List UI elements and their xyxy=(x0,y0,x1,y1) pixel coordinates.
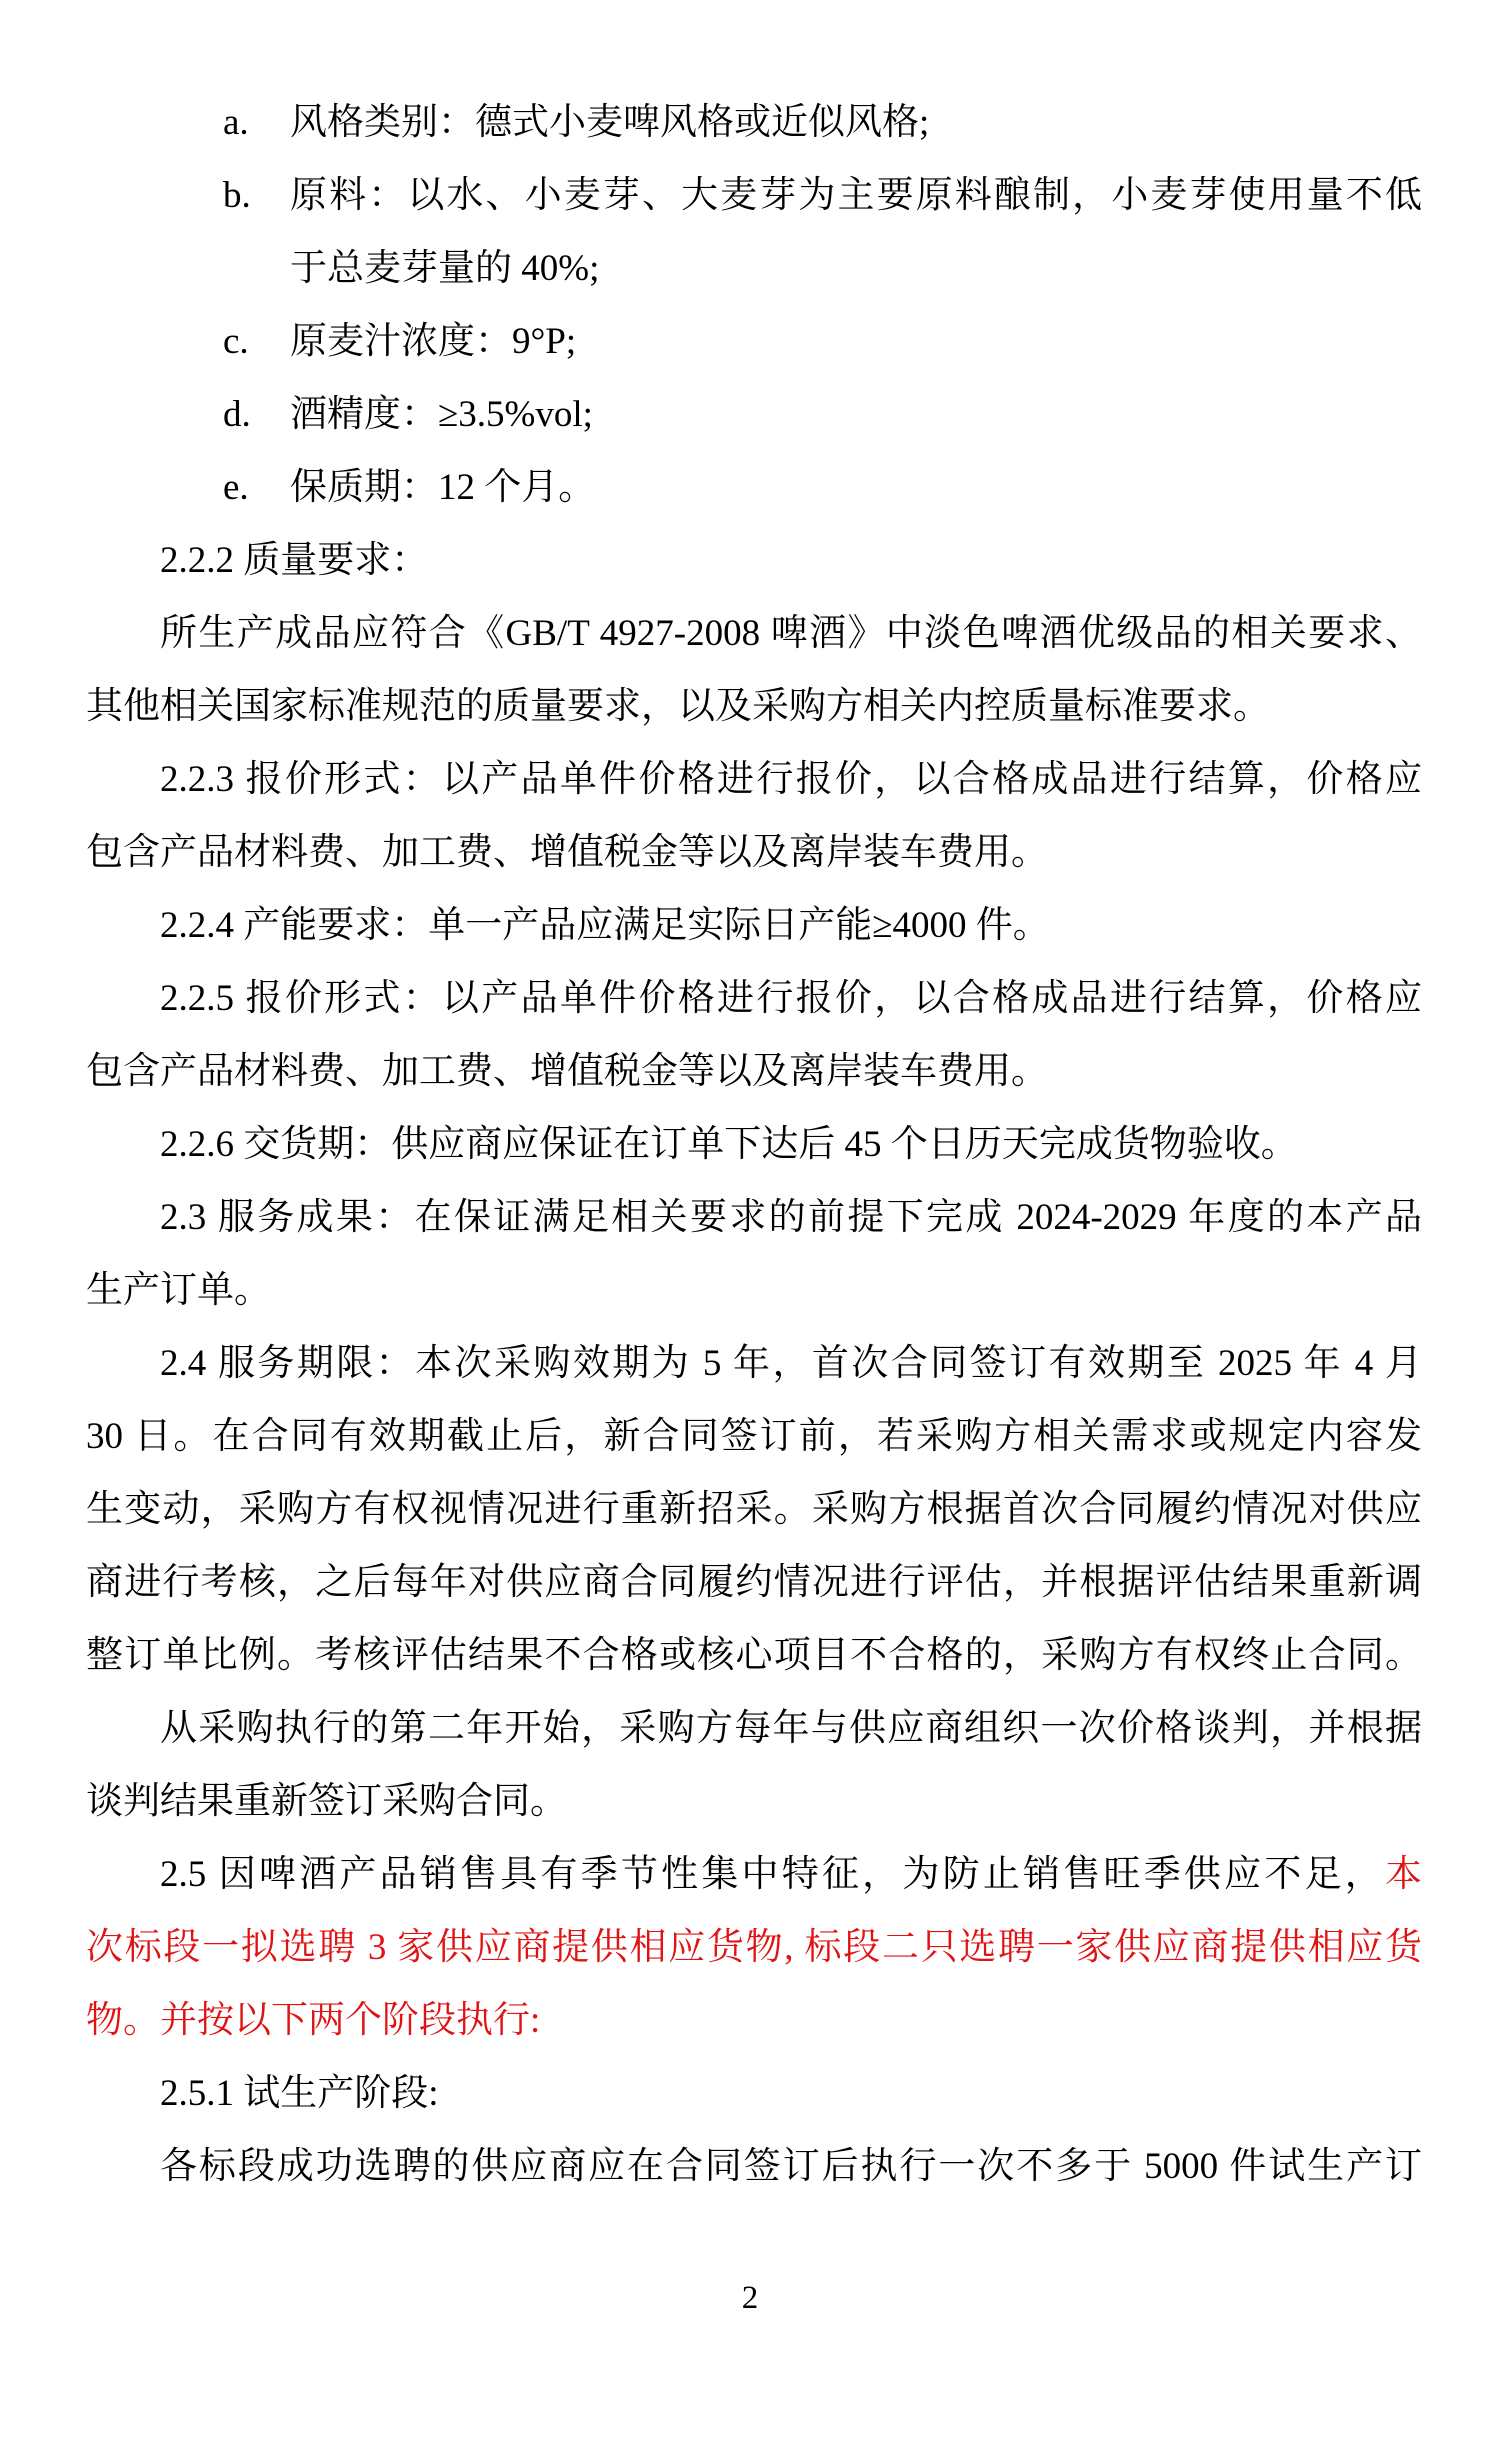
paragraph-line: 其他相关国家标准规范的质量要求，以及采购方相关内控质量标准要求。 xyxy=(86,670,1422,743)
list-marker: c. xyxy=(223,305,249,378)
paragraph-line: 2.4 服务期限：本次采购效期为 5 年，首次合同签订有效期至 2025 年 4… xyxy=(86,1327,1422,1400)
paragraph-line: 包含产品材料费、加工费、增值税金等以及离岸装车费用。 xyxy=(86,816,1422,889)
document-page: a. 风格类别：德式小麦啤风格或近似风格; b. 原料：以水、小麦芽、大麦芽为主… xyxy=(0,0,1500,2451)
list-item-text: 保质期：12 个月。 xyxy=(290,467,595,508)
list-item-text: 风格类别：德式小麦啤风格或近似风格; xyxy=(290,102,929,143)
list-marker: a. xyxy=(223,86,249,159)
continuation-line: 于总麦芽量的 40%; xyxy=(86,232,1422,305)
paragraph-line: 所生产成品应符合《GB/T 4927-2008 啤酒》中淡色啤酒优级品的相关要求… xyxy=(86,597,1422,670)
paragraph-line: 生变动，采购方有权视情况进行重新招采。采购方根据首次合同履约情况对供应 xyxy=(86,1473,1422,1546)
page-number: 2 xyxy=(0,2280,1500,2316)
list-marker: e. xyxy=(223,451,249,524)
paragraph-line: 2.2.5 报价形式：以产品单件价格进行报价，以合格成品进行结算，价格应 xyxy=(86,962,1422,1035)
paragraph-line: 2.3 服务成果：在保证满足相关要求的前提下完成 2024-2029 年度的本产… xyxy=(86,1181,1422,1254)
paragraph-text-black: 2.5 因啤酒产品销售具有季节性集中特征，为防止销售旺季供应不足， xyxy=(160,1854,1385,1895)
list-item-text: 原料：以水、小麦芽、大麦芽为主要原料酿制，小麦芽使用量不低 xyxy=(290,175,1422,216)
section-heading-line: 2.5.1 试生产阶段: xyxy=(86,2057,1422,2130)
paragraph-line-red: 物。并按以下两个阶段执行: xyxy=(86,1984,1422,2057)
paragraph-line-mixed-color: 2.5 因啤酒产品销售具有季节性集中特征，为防止销售旺季供应不足，本 xyxy=(86,1838,1422,1911)
document-body: a. 风格类别：德式小麦啤风格或近似风格; b. 原料：以水、小麦芽、大麦芽为主… xyxy=(86,86,1422,2203)
list-item-text: 原麦汁浓度：9°P; xyxy=(290,321,576,362)
paragraph-line: 谈判结果重新签订采购合同。 xyxy=(86,1765,1422,1838)
paragraph-line: 2.2.6 交货期：供应商应保证在订单下达后 45 个日历天完成货物验收。 xyxy=(86,1108,1422,1181)
paragraph-line: 生产订单。 xyxy=(86,1254,1422,1327)
paragraph-line: 整订单比例。考核评估结果不合格或核心项目不合格的，采购方有权终止合同。 xyxy=(86,1619,1422,1692)
list-item: d. 酒精度：≥3.5%vol; xyxy=(86,378,1422,451)
paragraph-line: 商进行考核，之后每年对供应商合同履约情况进行评估，并根据评估结果重新调 xyxy=(86,1546,1422,1619)
list-item: e. 保质期：12 个月。 xyxy=(86,451,1422,524)
list-marker: d. xyxy=(223,378,251,451)
paragraph-text-red: 本 xyxy=(1385,1854,1422,1895)
list-item-text: 酒精度：≥3.5%vol; xyxy=(290,394,593,435)
section-heading-line: 2.2.2 质量要求： xyxy=(86,524,1422,597)
paragraph-line: 从采购执行的第二年开始，采购方每年与供应商组织一次价格谈判，并根据 xyxy=(86,1692,1422,1765)
paragraph-line: 2.2.4 产能要求：单一产品应满足实际日产能≥4000 件。 xyxy=(86,889,1422,962)
list-item: b. 原料：以水、小麦芽、大麦芽为主要原料酿制，小麦芽使用量不低 xyxy=(86,159,1422,232)
paragraph-line: 各标段成功选聘的供应商应在合同签订后执行一次不多于 5000 件试生产订 xyxy=(86,2130,1422,2203)
list-marker: b. xyxy=(223,159,251,232)
paragraph-line-red: 次标段一拟选聘 3 家供应商提供相应货物, 标段二只选聘一家供应商提供相应货 xyxy=(86,1911,1422,1984)
list-item: a. 风格类别：德式小麦啤风格或近似风格; xyxy=(86,86,1422,159)
list-item: c. 原麦汁浓度：9°P; xyxy=(86,305,1422,378)
paragraph-line: 包含产品材料费、加工费、增值税金等以及离岸装车费用。 xyxy=(86,1035,1422,1108)
paragraph-line: 2.2.3 报价形式：以产品单件价格进行报价，以合格成品进行结算，价格应 xyxy=(86,743,1422,816)
paragraph-line: 30 日。在合同有效期截止后，新合同签订前，若采购方相关需求或规定内容发 xyxy=(86,1400,1422,1473)
